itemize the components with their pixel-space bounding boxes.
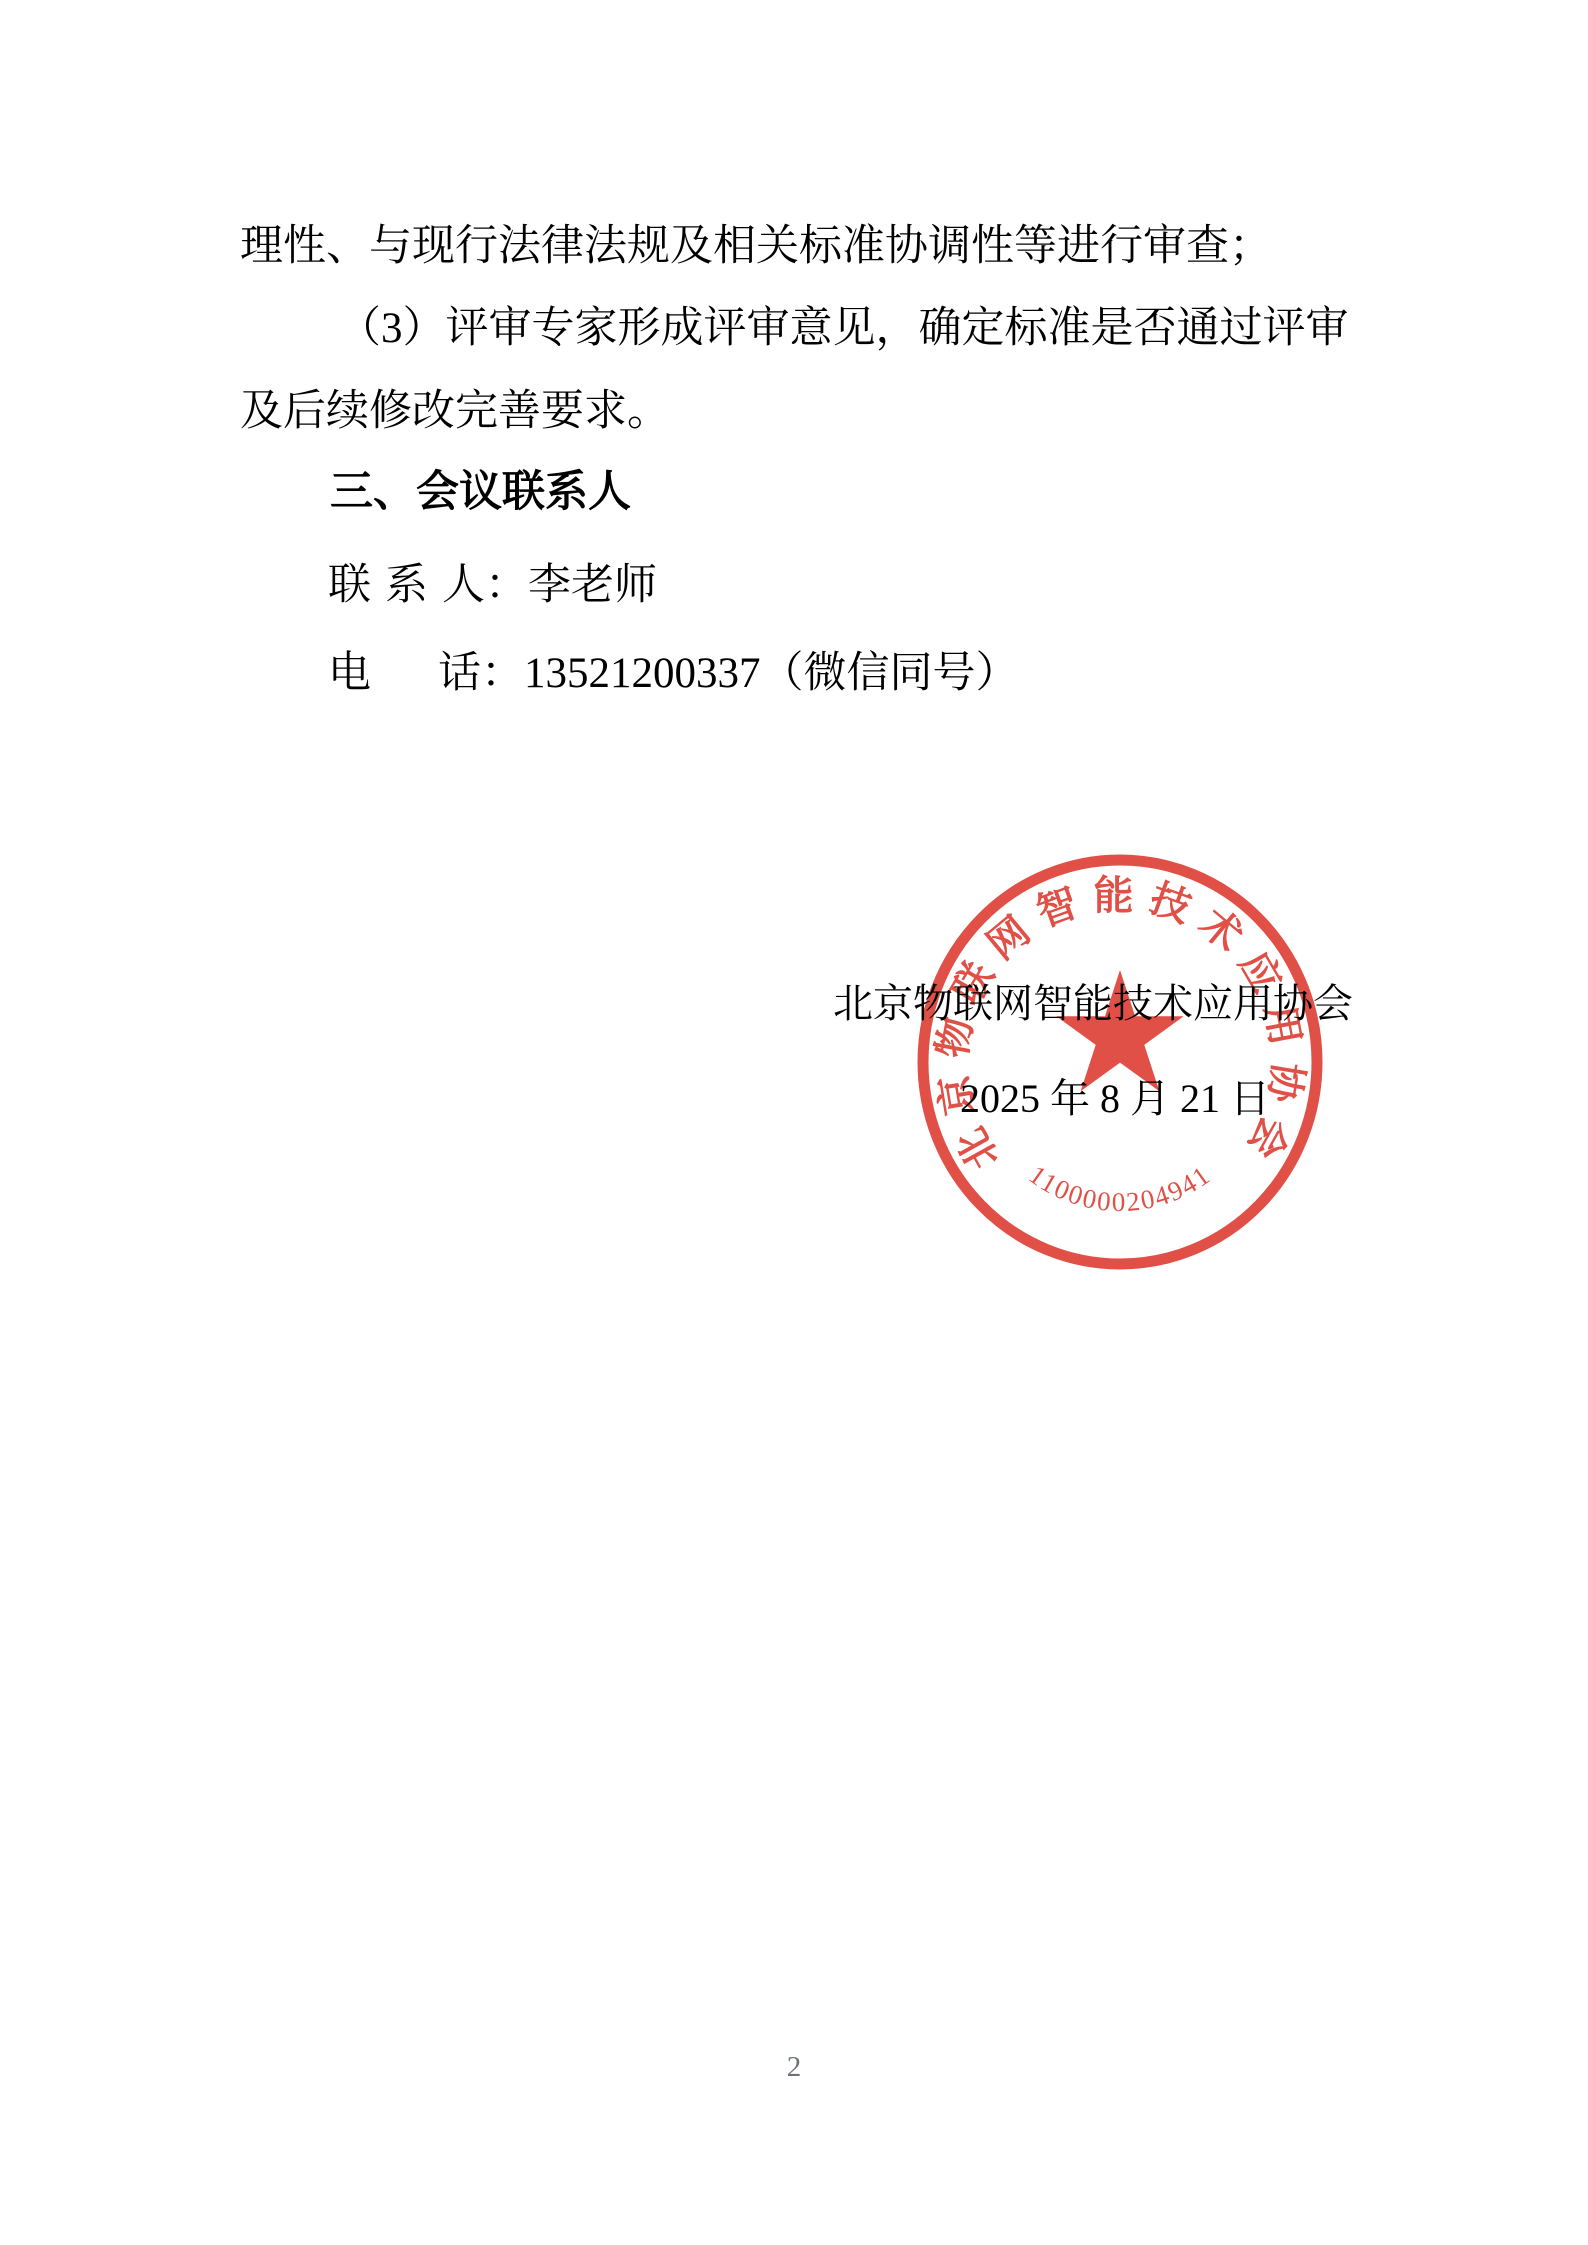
phone-wechat-note: （微信同号） [761,650,1019,697]
seal-serial-container: 1100000204941 [1023,1159,1216,1217]
contact-person-name: 李老师 [528,562,657,609]
paragraph-line-2: （3）评审专家形成评审意见，确定标准是否通过评审 [338,307,1349,350]
official-seal: 北京物联网智能技术应用协会 1100000204941 [916,853,1324,1271]
phone-label-left: 电 [328,650,371,697]
phone-number: 13521200337 [524,650,761,697]
signature-organization: 北京物联网智能技术应用协会 [833,984,1353,1024]
phone-colon: ： [481,650,524,697]
contact-person-line: 联系人：李老师 [328,564,657,607]
phone-label-right: 话 [438,650,481,697]
document-page: { "document": { "paragraphs": [ { "text"… [0,0,1588,2245]
phone-line: 电话：13521200337（微信同号） [328,652,1019,695]
contact-person-label: 联系人 [328,562,499,609]
paragraph-line-1: 理性、与现行法律法规及相关标准协调性等进行审查； [240,225,1272,268]
signature-date: 2025 年 8 月 21 日 [960,1079,1270,1119]
seal-serial-number: 1100000204941 [1023,1159,1216,1217]
paragraph-line-3: 及后续修改完善要求。 [240,390,670,433]
page-number: 2 [0,2053,1588,2082]
section-heading-contacts: 三、会议联系人 [330,471,631,514]
contact-person-colon: ： [485,562,528,609]
